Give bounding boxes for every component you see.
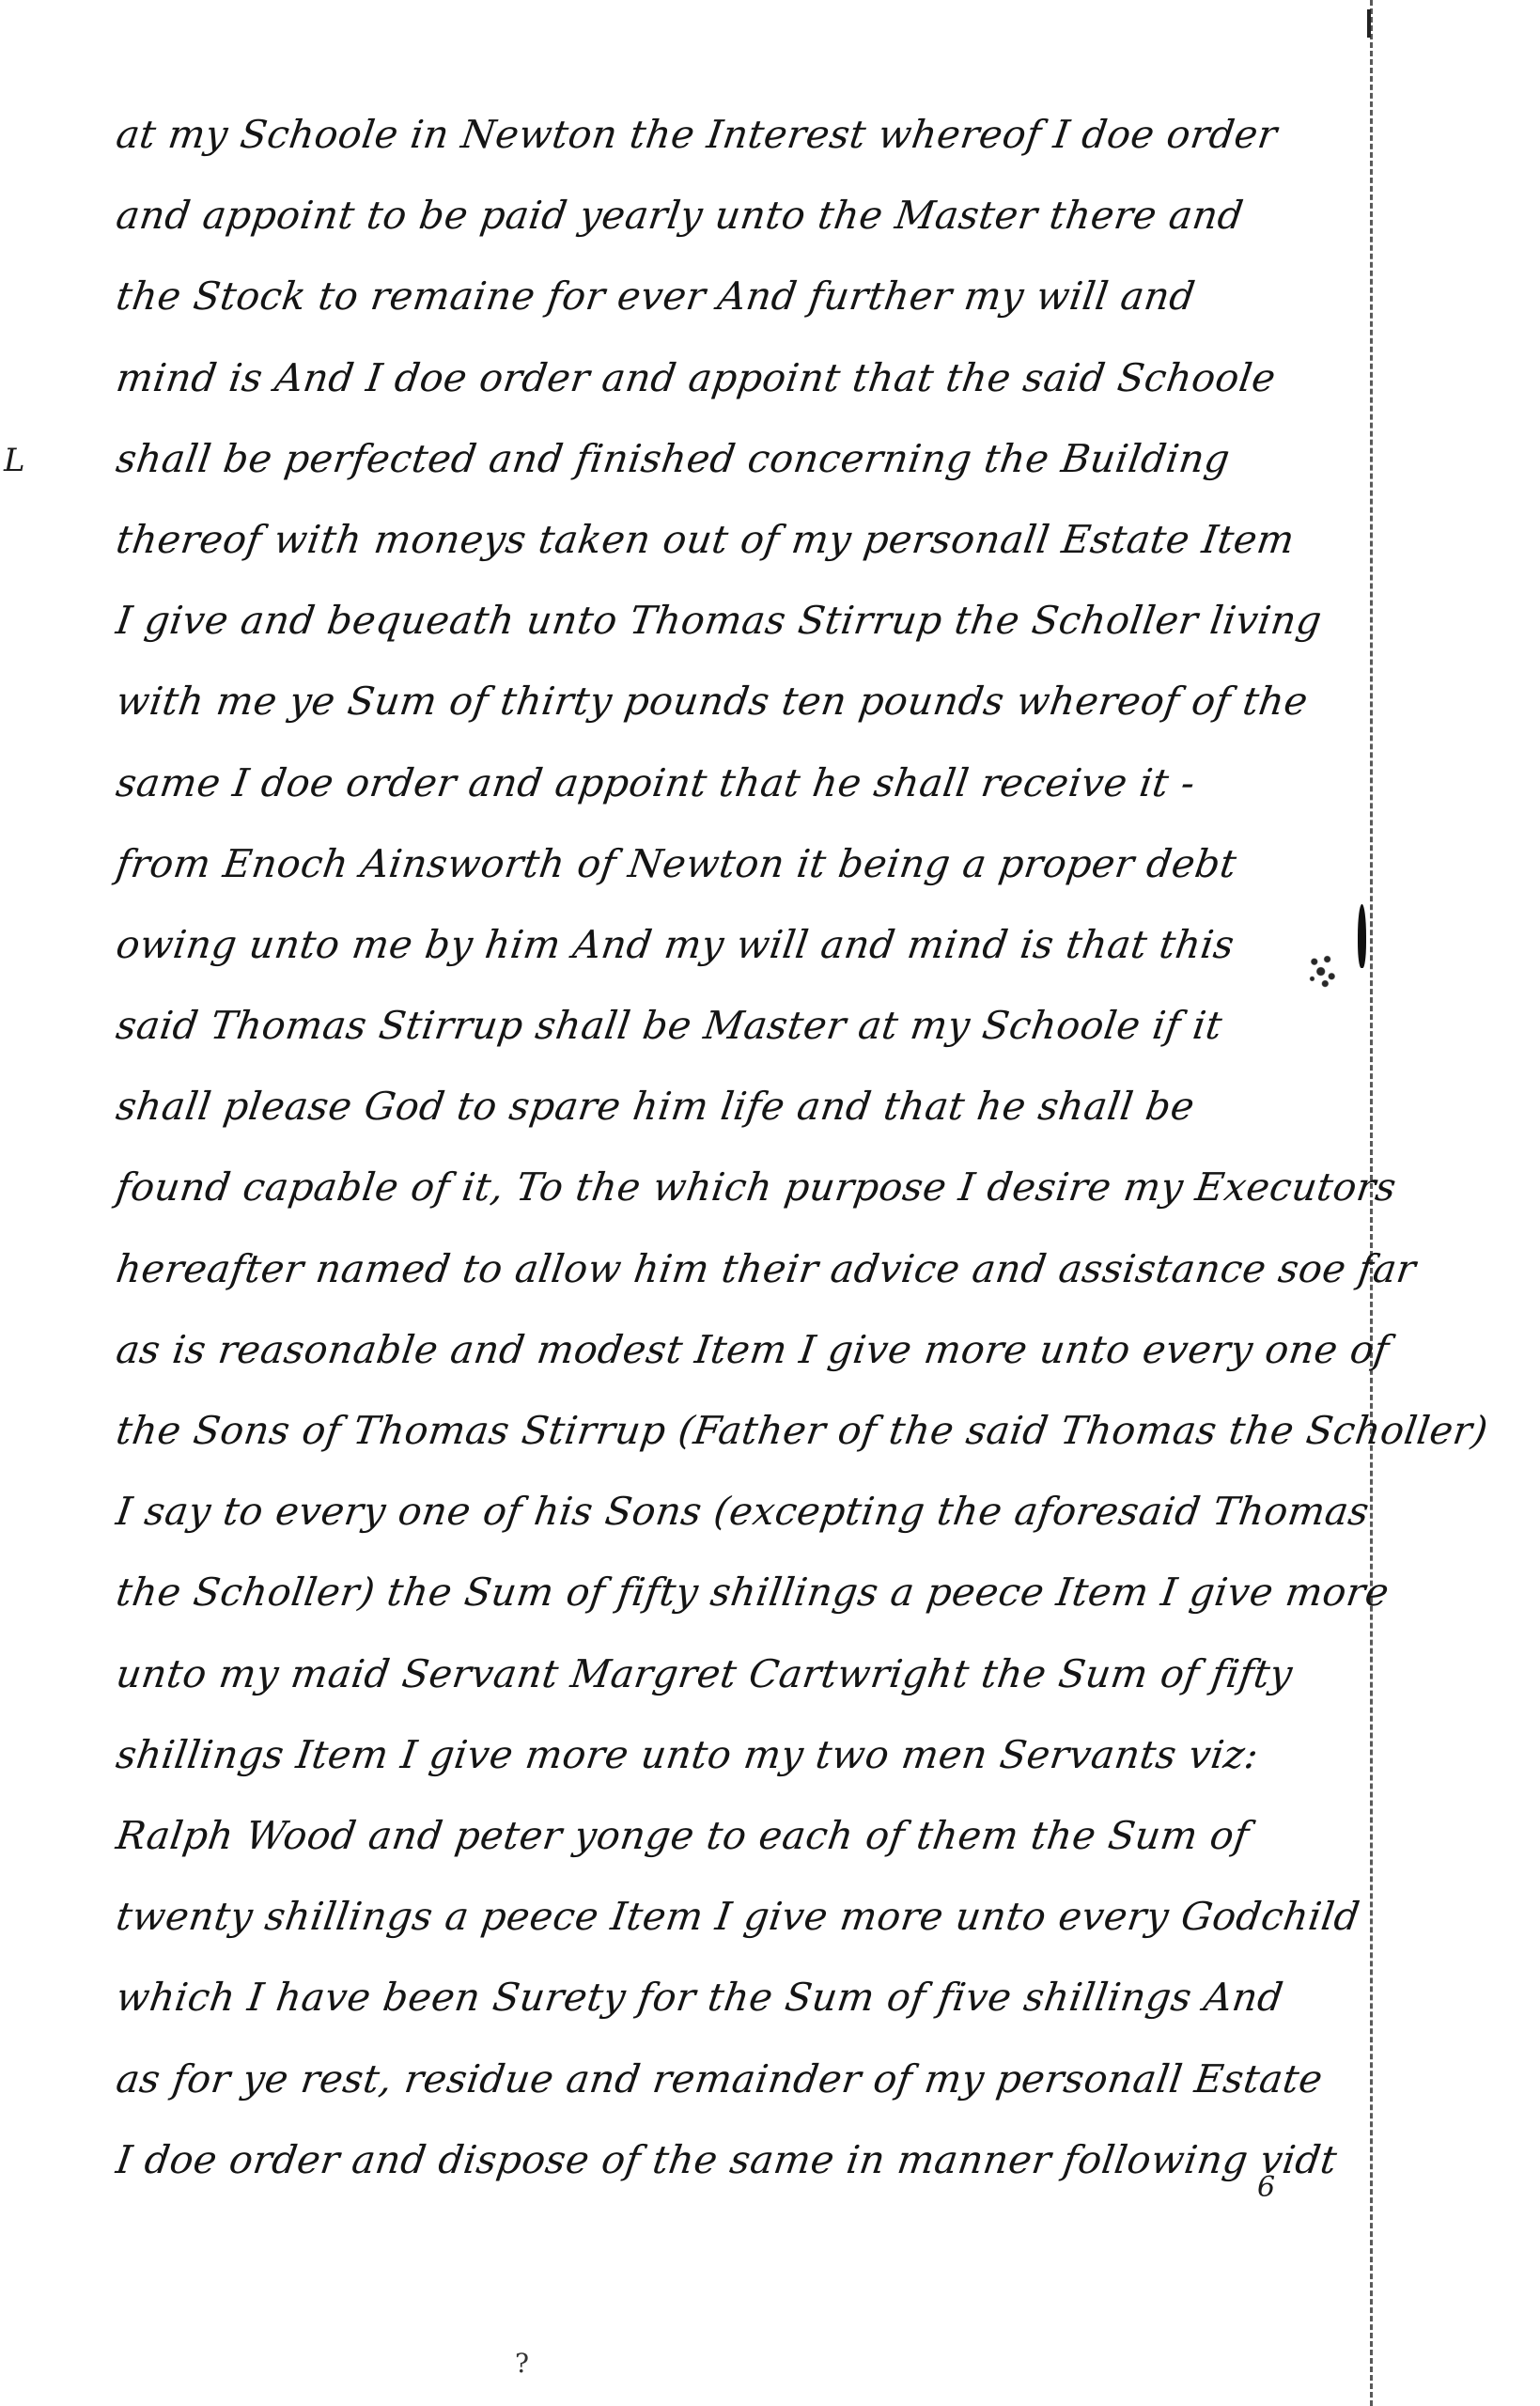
manuscript-line: I give and bequeath unto Thomas Stirrup … (111, 580, 1372, 661)
manuscript-line: found capable of it, To the which purpos… (111, 1147, 1372, 1227)
manuscript-line: as for ye rest, residue and remainder of… (111, 2039, 1372, 2119)
manuscript-line: twenty shillings a peece Item I give mor… (111, 1876, 1372, 1957)
manuscript-line: the Sons of Thomas Stirrup (Father of th… (111, 1390, 1372, 1471)
left-margin-mark: L (4, 442, 25, 479)
manuscript-line: same I doe order and appoint that he sha… (111, 742, 1372, 823)
manuscript-line: shall be perfected and finished concerni… (111, 418, 1372, 499)
manuscript-line: the Stock to remaine for ever And furthe… (111, 256, 1372, 336)
ink-stroke-mark (1358, 904, 1366, 968)
manuscript-line: hereafter named to allow him their advic… (111, 1228, 1372, 1309)
manuscript-line: Ralph Wood and peter yonge to each of th… (111, 1795, 1372, 1876)
manuscript-line: at my Schoole in Newton the Interest whe… (111, 94, 1372, 175)
bottom-page-mark: ? (515, 2348, 529, 2379)
manuscript-text-block: at my Schoole in Newton the Interest whe… (111, 94, 1361, 2200)
manuscript-line: shall please God to spare him life and t… (111, 1066, 1372, 1147)
manuscript-line: shillings Item I give more unto my two m… (111, 1714, 1372, 1795)
manuscript-line: from Enoch Ainsworth of Newton it being … (111, 823, 1372, 904)
manuscript-line: thereof with moneys taken out of my pers… (111, 499, 1372, 580)
manuscript-line: as is reasonable and modest Item I give … (111, 1309, 1372, 1390)
manuscript-line: which I have been Surety for the Sum of … (111, 1957, 1372, 2038)
manuscript-line: said Thomas Stirrup shall be Master at m… (111, 985, 1372, 1066)
manuscript-line: mind is And I doe order and appoint that… (111, 337, 1372, 418)
manuscript-line: unto my maid Servant Margret Cartwright … (111, 1633, 1372, 1714)
ink-blot-stain (1301, 945, 1345, 993)
manuscript-line: owing unto me by him And my will and min… (111, 904, 1372, 985)
manuscript-line: with me ye Sum of thirty pounds ten poun… (111, 661, 1372, 742)
catchword-number: 6 (1257, 2171, 1275, 2204)
manuscript-page: L at my Schoole in Newton the Interest w… (0, 0, 1540, 2406)
manuscript-line: and appoint to be paid yearly unto the M… (111, 175, 1372, 256)
manuscript-line: the Scholler) the Sum of fifty shillings… (111, 1552, 1372, 1633)
manuscript-line: I doe order and dispose of the same in m… (111, 2119, 1372, 2200)
manuscript-line: I say to every one of his Sons (exceptin… (111, 1471, 1372, 1552)
